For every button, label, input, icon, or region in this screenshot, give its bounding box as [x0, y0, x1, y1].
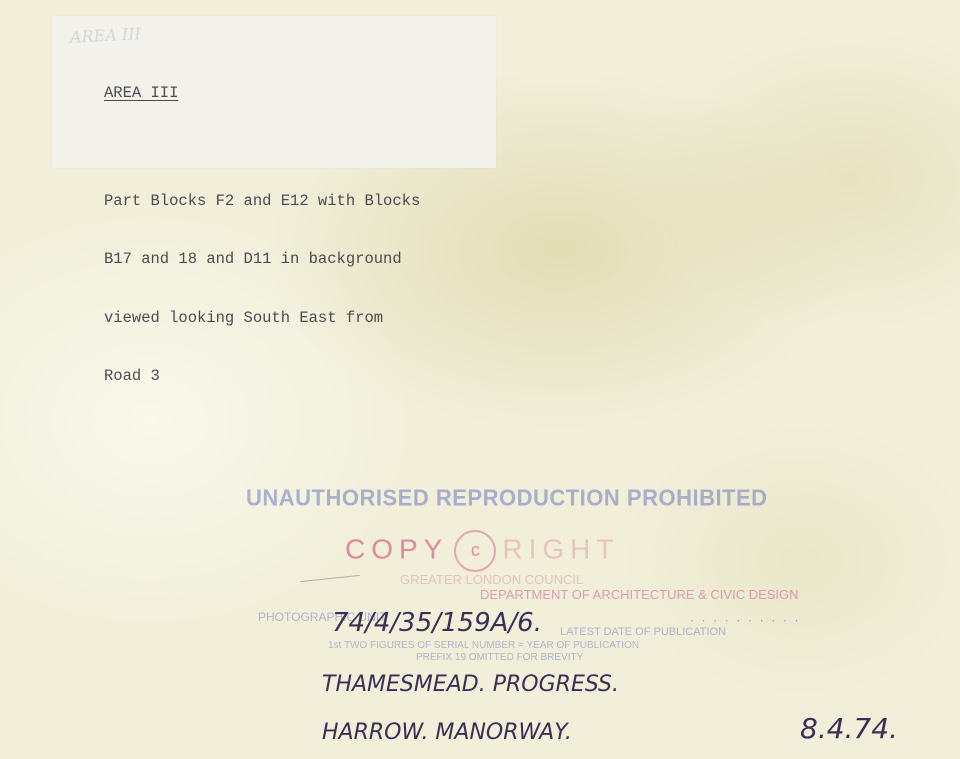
publication-stamp-line: LATEST DATE OF PUBLICATION [560, 626, 726, 638]
typed-label: AREA III Part Blocks F2 and E12 with Blo… [104, 45, 420, 406]
council-stamp-line: GREATER LONDON COUNCIL [400, 572, 583, 587]
handwritten-project-line: THAMESMEAD. PROGRESS. [322, 672, 619, 697]
serial-note-stamp-line: 1st TWO FIGURES OF SERIAL NUMBER = YEAR … [328, 640, 639, 651]
handwritten-date: 8.4.74. [800, 712, 898, 745]
label-line: viewed looking South East from [104, 309, 420, 329]
handwritten-reference-number: 74/4/35/159A/6. [332, 608, 542, 638]
label-line: Part Blocks F2 and E12 with Blocks [104, 192, 420, 212]
copyright-right: RIGHT [502, 533, 619, 564]
prefix-note-stamp-line: PREFIX 19 OMITTED FOR BREVITY [416, 652, 583, 663]
department-stamp-line: DEPARTMENT OF ARCHITECTURE & CIVIC DESIG… [480, 587, 799, 602]
label-line: Road 3 [104, 367, 420, 387]
copyright-symbol-icon: c [454, 530, 496, 572]
label-heading: AREA III [104, 84, 420, 104]
handwritten-location-line: HARROW. MANORWAY. [322, 720, 572, 745]
copyright-left: COPY [345, 533, 448, 564]
copyright-stamp: COPYcRIGHT [345, 530, 619, 572]
label-line: B17 and 18 and D11 in background [104, 250, 420, 270]
pen-stroke [300, 575, 360, 582]
unauthorised-reproduction-stamp: UNAUTHORISED REPRODUCTION PROHIBITED [246, 484, 768, 511]
